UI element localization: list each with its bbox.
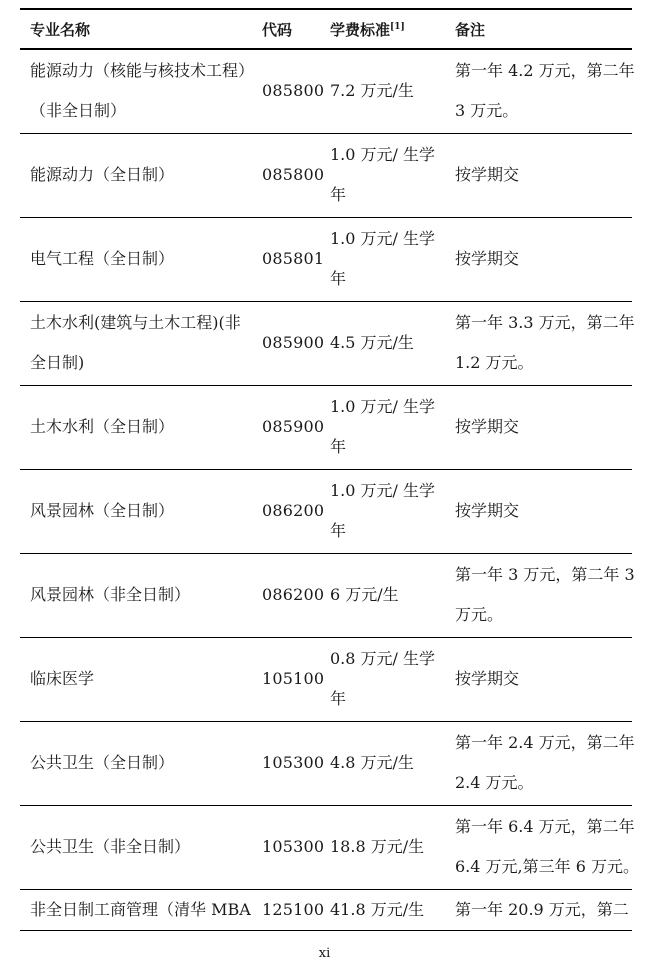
table-row: 土木水利（全日制） 085900 1.0 万元/ 生学 年 按学期交 — [20, 385, 632, 469]
note-cell: 按学期交 — [455, 469, 632, 553]
major-cell: 电气工程（全日制） — [20, 217, 262, 301]
note-cell: 按学期交 — [455, 637, 632, 721]
header-major: 专业名称 — [20, 9, 262, 49]
major-cell: 风景园林（全日制） — [20, 469, 262, 553]
major-cell: 公共卫生（全日制） — [20, 721, 262, 805]
major-cell: 公共卫生（非全日制） — [20, 805, 262, 889]
footnote-marker: [1] — [390, 22, 405, 32]
document-page: 专业名称 代码 学费标准[1] 备注 能源动力（核能与核技术工程） （非全日制）… — [0, 0, 649, 931]
major-cell: 临床医学 — [20, 637, 262, 721]
table-row: 风景园林（非全日制） 086200 6 万元/生 第一年 3 万元，第二年 3 … — [20, 553, 632, 637]
major-cell: 风景园林（非全日制） — [20, 553, 262, 637]
major-cell: 土木水利（全日制） — [20, 385, 262, 469]
code-cell: 105300 — [262, 721, 330, 805]
fee-cell: 18.8 万元/生 — [330, 805, 455, 889]
note-cell: 第一年 4.2 万元，第二年 3 万元。 — [455, 49, 632, 133]
table-row: 风景园林（全日制） 086200 1.0 万元/ 生学 年 按学期交 — [20, 469, 632, 553]
fee-cell: 1.0 万元/ 生学 年 — [330, 469, 455, 553]
header-major-label: 专业名称 — [30, 21, 90, 39]
note-cell: 第一年 3.3 万元，第二年 1.2 万元。 — [455, 301, 632, 385]
code-cell: 086200 — [262, 553, 330, 637]
fee-cell: 4.5 万元/生 — [330, 301, 455, 385]
code-cell: 085800 — [262, 133, 330, 217]
code-cell: 105300 — [262, 805, 330, 889]
fee-cell: 1.0 万元/ 生学 年 — [330, 133, 455, 217]
table-row: 临床医学 105100 0.8 万元/ 生学 年 按学期交 — [20, 637, 632, 721]
fee-cell: 41.8 万元/生 — [330, 889, 455, 930]
header-code-label: 代码 — [262, 21, 292, 39]
note-cell: 第一年 2.4 万元，第二年 2.4 万元。 — [455, 721, 632, 805]
fee-cell: 4.8 万元/生 — [330, 721, 455, 805]
table-row: 公共卫生（全日制） 105300 4.8 万元/生 第一年 2.4 万元，第二年… — [20, 721, 632, 805]
fee-cell: 0.8 万元/ 生学 年 — [330, 637, 455, 721]
fee-cell: 7.2 万元/生 — [330, 49, 455, 133]
code-cell: 085800 — [262, 49, 330, 133]
header-fee-label: 学费标准 — [330, 21, 390, 39]
code-cell: 085801 — [262, 217, 330, 301]
fee-cell: 1.0 万元/ 生学 年 — [330, 385, 455, 469]
note-cell: 按学期交 — [455, 133, 632, 217]
code-cell: 105100 — [262, 637, 330, 721]
note-cell: 第一年 3 万元，第二年 3 万元。 — [455, 553, 632, 637]
table-row: 能源动力（核能与核技术工程） （非全日制） 085800 7.2 万元/生 第一… — [20, 49, 632, 133]
header-note-label: 备注 — [455, 21, 485, 39]
table-row: 公共卫生（非全日制） 105300 18.8 万元/生 第一年 6.4 万元，第… — [20, 805, 632, 889]
note-cell: 按学期交 — [455, 217, 632, 301]
table-body: 能源动力（核能与核技术工程） （非全日制） 085800 7.2 万元/生 第一… — [20, 49, 632, 930]
fee-cell: 1.0 万元/ 生学 年 — [330, 217, 455, 301]
header-row: 专业名称 代码 学费标准[1] 备注 — [20, 9, 632, 49]
major-cell: 能源动力（全日制） — [20, 133, 262, 217]
note-cell: 第一年 6.4 万元，第二年 6.4 万元,第三年 6 万元。 — [455, 805, 632, 889]
page-number: xi — [0, 946, 649, 961]
table-row: 土木水利(建筑与土木工程)(非 全日制) 085900 4.5 万元/生 第一年… — [20, 301, 632, 385]
tuition-fee-table: 专业名称 代码 学费标准[1] 备注 能源动力（核能与核技术工程） （非全日制）… — [20, 8, 632, 931]
code-cell: 086200 — [262, 469, 330, 553]
note-cell: 按学期交 — [455, 385, 632, 469]
major-cell: 能源动力（核能与核技术工程） （非全日制） — [20, 49, 262, 133]
major-cell: 土木水利(建筑与土木工程)(非 全日制) — [20, 301, 262, 385]
note-cell: 第一年 20.9 万元，第二 — [455, 889, 632, 930]
table-row: 非全日制工商管理（清华 MBA 125100 41.8 万元/生 第一年 20.… — [20, 889, 632, 930]
header-note: 备注 — [455, 9, 632, 49]
code-cell: 125100 — [262, 889, 330, 930]
header-fee: 学费标准[1] — [330, 9, 455, 49]
table-header: 专业名称 代码 学费标准[1] 备注 — [20, 9, 632, 49]
header-code: 代码 — [262, 9, 330, 49]
table-row: 能源动力（全日制） 085800 1.0 万元/ 生学 年 按学期交 — [20, 133, 632, 217]
table-row: 电气工程（全日制） 085801 1.0 万元/ 生学 年 按学期交 — [20, 217, 632, 301]
major-cell: 非全日制工商管理（清华 MBA — [20, 889, 262, 930]
code-cell: 085900 — [262, 301, 330, 385]
fee-cell: 6 万元/生 — [330, 553, 455, 637]
code-cell: 085900 — [262, 385, 330, 469]
